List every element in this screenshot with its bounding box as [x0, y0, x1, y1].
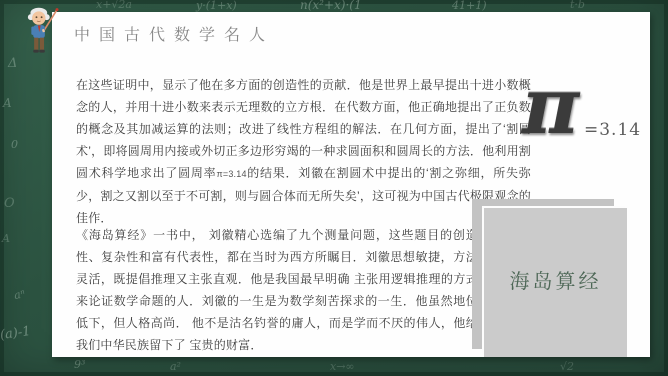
content-panel: 中国古代数学名人 在这些证明中，显示了他在多方面的创造性的贡献．他是世界上最早提… [52, 12, 650, 357]
chalk-scribble: Δ [8, 56, 17, 71]
chalk-scribble: a² [170, 360, 181, 373]
chalk-scribble: A [2, 232, 10, 245]
paragraph-text: 在这些证明中，显示了他在多方面的创造性的贡献．他是世界上最早提出十进小数概念的人… [76, 78, 531, 180]
chalk-scribble: aⁿ [13, 287, 26, 302]
body-paragraph-haidao: 《海岛算经》一书中， 刘徽精心选编了九个测量问题，这些题目的创造性、复杂性和富有… [76, 224, 478, 356]
chalk-scribble: n(x²+x)·(1 [300, 0, 362, 12]
slide-canvas: x+√2a y·(1+x) n(x²+x)·(1 41+1) t·b Δ A 0… [0, 0, 668, 376]
chalk-scribble: (a)-1 [0, 324, 31, 343]
chalk-scribble: 0 [11, 138, 18, 151]
book-card-label: 海岛算经 [510, 265, 602, 294]
pi-value-label: =3.14 [584, 120, 641, 140]
book-card: 海岛算经 [484, 208, 627, 357]
chalk-scribble: √2 [560, 360, 574, 373]
pi-icon: π [522, 68, 579, 146]
pi-symbol-graphic: π =3.14 [522, 82, 652, 182]
chalk-scribble: y·(1+x) [196, 0, 237, 12]
body-paragraph-liuhui: 在这些证明中，显示了他在多方面的创造性的贡献．他是世界上最早提出十进小数概念的人… [76, 74, 531, 229]
chalk-scribble: 9³ [74, 358, 85, 371]
chalk-scribble: O [4, 196, 15, 211]
chalk-scribble: x→∞ [330, 360, 355, 373]
chalk-scribble: x+√2a [96, 0, 132, 11]
professor-mascot-icon [24, 5, 62, 61]
slide-title: 中国古代数学名人 [74, 22, 274, 45]
chalk-scribble: t·b [570, 0, 585, 11]
chalk-scribble: 41+1) [452, 0, 487, 12]
chalk-scribble: A [3, 96, 12, 110]
pi-approx-inline-note: π=3.14 [216, 169, 246, 179]
